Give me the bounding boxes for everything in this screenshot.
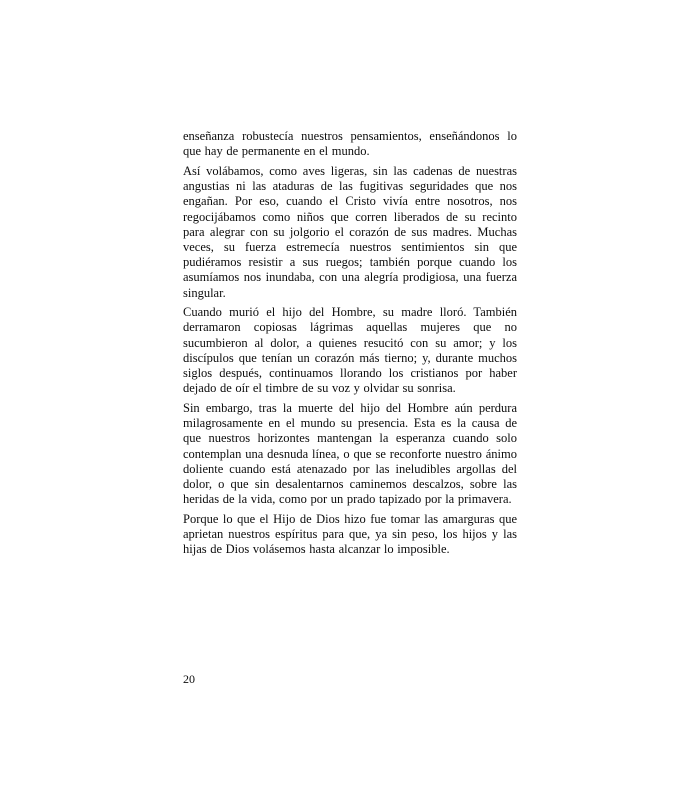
paragraph-continuation: enseñanza robustecía nuestros pensamient… — [183, 129, 517, 159]
paragraph: Sin embargo, tras la muerte del hijo del… — [183, 401, 517, 507]
paragraph: Porque lo que el Hijo de Dios hizo fue t… — [183, 512, 517, 558]
body-text-column: enseñanza robustecía nuestros pensamient… — [183, 129, 517, 557]
paragraph: Así volábamos, como aves ligeras, sin la… — [183, 164, 517, 301]
page-number: 20 — [183, 672, 195, 687]
paragraph: Cuando murió el hijo del Hombre, su madr… — [183, 305, 517, 396]
book-page: enseñanza robustecía nuestros pensamient… — [0, 0, 700, 800]
